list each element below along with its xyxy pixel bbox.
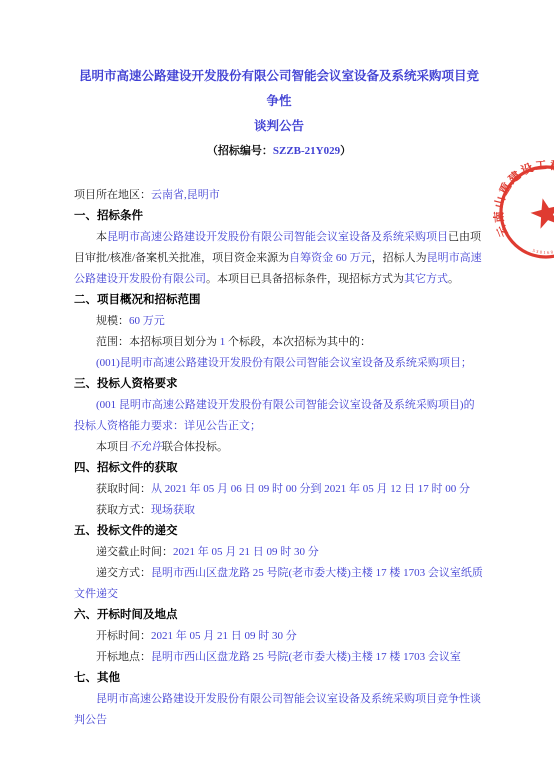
project-name-text: 昆明市高速公路建设开发股份有限公司智能会议室设备及系统采购项目: [107, 231, 448, 243]
obtain-method-value: 现场获取: [151, 504, 195, 516]
scale-label: 规模：: [96, 315, 129, 327]
obtain-time-label: 获取时间：: [96, 483, 151, 495]
opening-time-label: 开标时间：: [96, 630, 151, 642]
doc-obtain-time-line: 获取时间：从 2021 年 05 月 06 日 09 时 00 分到 2021 …: [74, 479, 484, 500]
document-content: 昆明市高速公路建设开发股份有限公司智能会议室设备及系统采购项目竞争性 谈判公告 …: [0, 0, 554, 731]
text-segment: 本: [96, 231, 107, 243]
doc-title: 昆明市高速公路建设开发股份有限公司智能会议室设备及系统采购项目竞争性 谈判公告: [74, 64, 484, 139]
tender-number-line: （招标编号：SZZB-21Y029）: [74, 139, 484, 163]
submission-method-line: 递交方式：昆明市西山区盘龙路 25 号院(老市委大楼)主楼 17 楼 1703 …: [74, 563, 484, 605]
tender-number-value: SZZB-21Y029: [273, 145, 340, 157]
tender-method-text: 其它方式: [404, 273, 448, 285]
section-3-heading: 三、投标人资格要求: [74, 374, 484, 395]
document-page: 云南山重建设工程有限公司 530168210 昆明市高速公路建设开发股份有限公司…: [0, 0, 554, 783]
text-segment: 。: [448, 273, 459, 285]
consortium-line: 本项目不允许联合体投标。: [74, 437, 484, 458]
submission-deadline-line: 递交截止时间：2021 年 05 月 21 日 09 时 30 分: [74, 542, 484, 563]
doc-title-line1: 昆明市高速公路建设开发股份有限公司智能会议室设备及系统采购项目竞争性: [74, 64, 484, 114]
lot-name-text: (001)昆明市高速公路建设开发股份有限公司智能会议室设备及系统采购项目；: [96, 357, 472, 369]
opening-place-value: 昆明市西山区盘龙路 25 号院(老市委大楼)主楼 17 楼 1703 会议室: [151, 651, 461, 663]
deadline-value: 2021 年 05 月 21 日 09 时 30 分: [173, 546, 319, 558]
obtain-time-value: 从 2021 年 05 月 06 日 09 时 00 分到 2021 年 05 …: [151, 483, 470, 495]
document-body: 项目所在地区：云南省,昆明市 一、招标条件 本昆明市高速公路建设开发股份有限公司…: [74, 185, 484, 731]
obtain-method-label: 获取方式：: [96, 504, 151, 516]
lot-line: (001)昆明市高速公路建设开发股份有限公司智能会议室设备及系统采购项目；: [74, 353, 484, 374]
bid-opening-time-line: 开标时间：2021 年 05 月 21 日 09 时 30 分: [74, 626, 484, 647]
announcement-link-text: 昆明市高速公路建设开发股份有限公司智能会议室设备及系统采购项目竞争性谈判公告: [74, 693, 481, 726]
bid-opening-place-line: 开标地点：昆明市西山区盘龙路 25 号院(老市委大楼)主楼 17 楼 1703 …: [74, 647, 484, 668]
tender-number-suffix: ）: [340, 145, 351, 157]
location-label: 项目所在地区：: [74, 189, 151, 201]
text-segment: 联合体投标。: [162, 441, 228, 453]
submission-method-label: 递交方式：: [96, 567, 151, 579]
funding-source-text: 自筹资金 60 万元: [289, 252, 372, 264]
section-6-heading: 六、开标时间及地点: [74, 605, 484, 626]
text-segment: 本项目: [96, 441, 129, 453]
section-4-heading: 四、招标文件的获取: [74, 458, 484, 479]
section-7-heading: 七、其他: [74, 668, 484, 689]
scale-value: 60 万元: [129, 315, 165, 327]
qualification-text: (001 昆明市高速公路建设开发股份有限公司智能会议室设备及系统采购项目)的投标…: [74, 399, 475, 432]
section-2-heading: 二、项目概况和招标范围: [74, 290, 484, 311]
location-value: 云南省,昆明市: [151, 189, 220, 201]
text-segment: 个标段，本次招标为其中的：: [225, 336, 371, 348]
scope-line: 范围：本招标项目划分为 1 个标段，本次招标为其中的：: [74, 332, 484, 353]
text-segment: 。本项目已具备招标条件，现招标方式为: [206, 273, 404, 285]
project-location-line: 项目所在地区：云南省,昆明市: [74, 185, 484, 206]
other-announcement-line: 昆明市高速公路建设开发股份有限公司智能会议室设备及系统采购项目竞争性谈判公告: [74, 689, 484, 731]
scale-line: 规模：60 万元: [74, 311, 484, 332]
qualification-paragraph: (001 昆明市高速公路建设开发股份有限公司智能会议室设备及系统采购项目)的投标…: [74, 395, 484, 437]
section-1-heading: 一、招标条件: [74, 206, 484, 227]
opening-time-value: 2021 年 05 月 21 日 09 时 30 分: [151, 630, 297, 642]
deadline-label: 递交截止时间：: [96, 546, 173, 558]
not-allowed-text: 不允许: [129, 441, 162, 453]
doc-obtain-method-line: 获取方式：现场获取: [74, 500, 484, 521]
section-5-heading: 五、投标文件的递交: [74, 521, 484, 542]
doc-title-line2: 谈判公告: [74, 114, 484, 139]
opening-place-label: 开标地点：: [96, 651, 151, 663]
text-segment: 范围：本招标项目划分为: [96, 336, 220, 348]
tender-conditions-paragraph: 本昆明市高速公路建设开发股份有限公司智能会议室设备及系统采购项目已由项目审批/核…: [74, 227, 484, 290]
tender-number-prefix: （招标编号：: [207, 145, 273, 157]
text-segment: ，招标人为: [372, 252, 427, 264]
